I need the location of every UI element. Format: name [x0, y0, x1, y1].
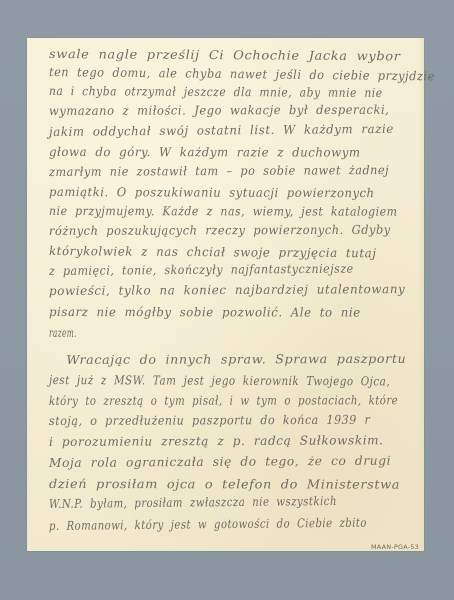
handwritten-line: z pamięci, tonie, skończyły najfantastyc…	[49, 262, 354, 278]
handwritten-line: Wracając do innych spraw. Sprawa paszpor…	[58, 352, 406, 367]
handwritten-line: głowa do góry. W każdym razie z duchowym	[49, 145, 361, 160]
handwritten-line: różnych poszukujących rzeczy powierzonyc…	[49, 223, 391, 238]
handwritten-line: pamiątki. O poszukiwaniu sytuacji powier…	[49, 185, 375, 200]
archive-stamp: MAAN-PGA-53	[371, 543, 419, 551]
handwritten-line: stoją, o przedłużeniu paszportu do końca…	[49, 413, 370, 428]
handwritten-line: nie przyjmujemy. Każde z nas, wiemy, jes…	[49, 204, 398, 219]
handwritten-line: wymazano z miłości. Jego wakacje był des…	[49, 103, 389, 118]
handwritten-line: pisarz nie mógłby sobie pozwolić. Ale to…	[49, 305, 361, 320]
handwritten-line: jest już z MSW. Tam jest jego kierownik …	[49, 373, 390, 388]
handwritten-line: i porozumieniu zresztą z p. radcą Sułkow…	[49, 433, 384, 449]
handwritten-line: który to zresztą o tym pisał, i w tym o …	[49, 393, 398, 408]
handwritten-line: razem.	[49, 326, 77, 340]
handwritten-line: którykolwiek z nas chciał swoje przyjęci…	[49, 244, 377, 260]
handwritten-line: dzień prosiłam ojca o telefon do Ministe…	[49, 477, 400, 492]
handwritten-line: zmarłym nie zostawił tam – po sobie nawe…	[49, 163, 389, 179]
handwritten-line: na i chyba otrzymał jeszcze dla mnie, ab…	[49, 84, 383, 100]
handwritten-line: Moja rola ograniczała się do tego, że co…	[49, 454, 391, 470]
handwritten-line: powieści, tylko na koniec najbardziej ut…	[49, 282, 405, 298]
handwritten-line: swale nagle prześlij Ci Ochochie Jacka w…	[49, 47, 401, 63]
